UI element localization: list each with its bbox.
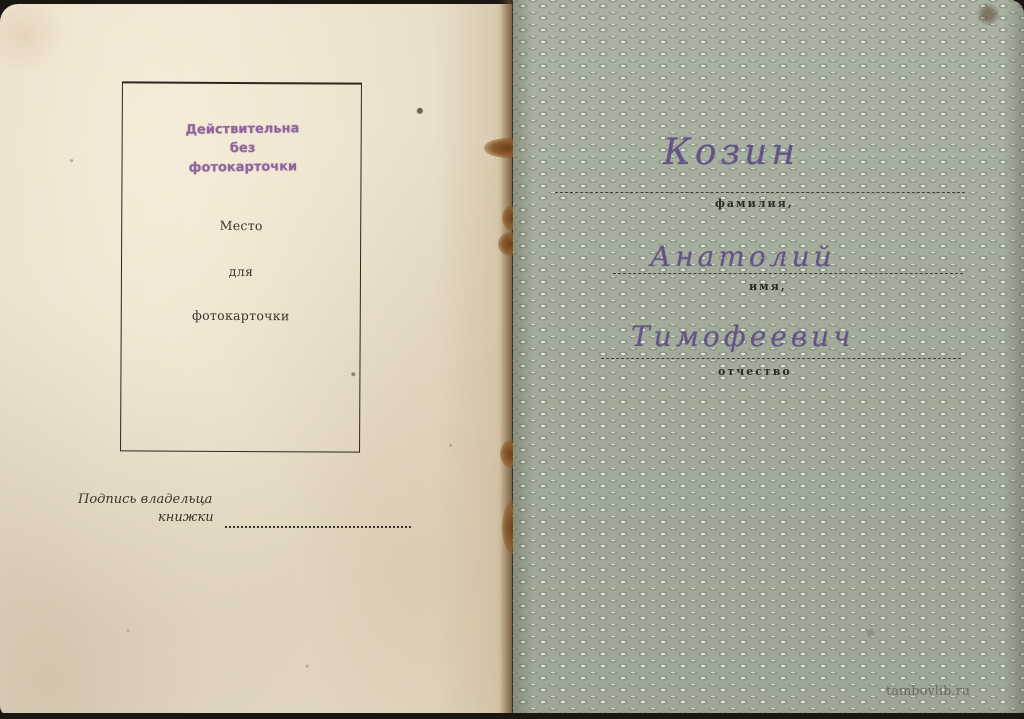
signature-label-line-2: книжки xyxy=(158,510,214,525)
first-name-label: имя, xyxy=(749,280,787,293)
stamp-line-3: фотокарточки xyxy=(168,157,318,178)
surname-label: фамилия, xyxy=(715,197,794,210)
first-name-handwriting: Анатолий xyxy=(650,240,836,273)
first-name-line xyxy=(613,273,963,274)
photo-label-line-3: фотокарточки xyxy=(122,307,360,323)
patronymic-line xyxy=(601,358,961,359)
bottom-shadow xyxy=(0,713,1024,719)
stamp-line-1: Действительна xyxy=(167,119,317,140)
photo-label-line-2: для xyxy=(122,263,360,279)
signature-line xyxy=(225,526,411,528)
patronymic-handwriting: Тимофеевич xyxy=(631,320,855,353)
photo-label-line-1: Место xyxy=(122,217,360,233)
stamp-line-2: без xyxy=(168,138,318,159)
photo-placeholder-box: Действительна без фотокарточки Место для… xyxy=(120,81,362,452)
surname-handwriting: Козин xyxy=(663,132,799,173)
document-spread: Действительна без фотокарточки Место для… xyxy=(0,0,1024,719)
watermark: tambovlib.ru xyxy=(886,684,970,699)
signature-label-line-1: Подпись владельца xyxy=(78,492,212,507)
right-page: Козин фамилия, Анатолий имя, Тимофеевич … xyxy=(513,0,1024,719)
validity-stamp: Действительна без фотокарточки xyxy=(167,119,318,178)
surname-line xyxy=(555,192,965,193)
patronymic-label: отчество xyxy=(718,365,792,378)
left-page: Действительна без фотокарточки Место для… xyxy=(0,4,512,716)
